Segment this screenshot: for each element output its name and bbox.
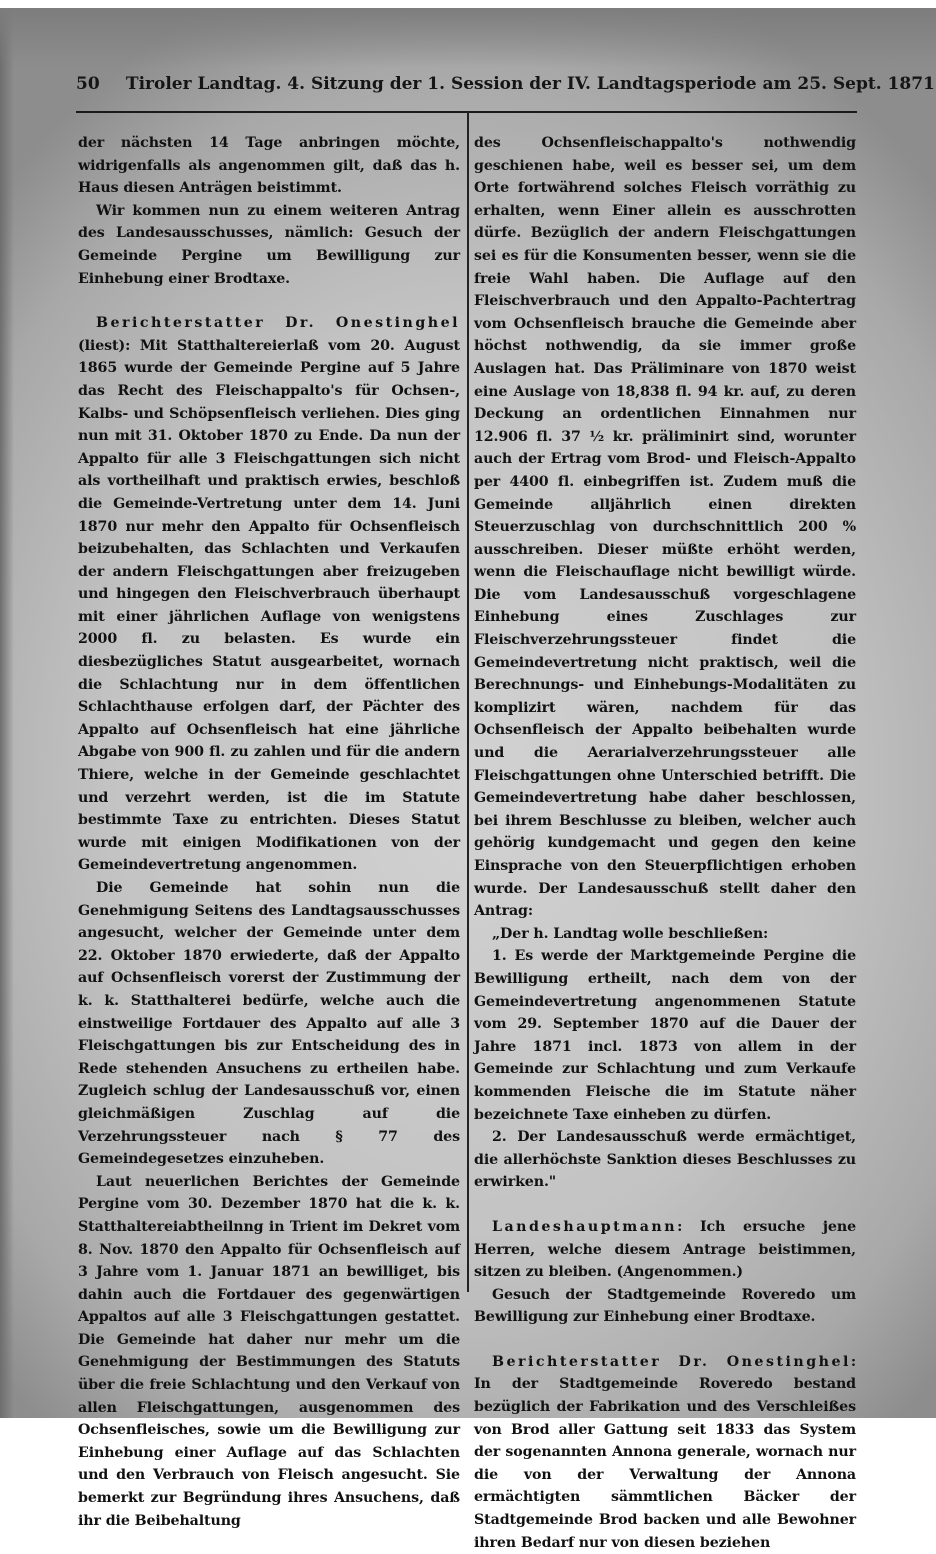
running-title: Tiroler Landtag. 4. Sitzung der 1. Sessi… xyxy=(126,74,936,94)
left-column: der nächsten 14 Tage anbringen möchte, w… xyxy=(78,132,460,1418)
column-divider xyxy=(467,112,469,1292)
speaker-name: Berichterstatter Dr. Onestinghel xyxy=(492,1354,851,1370)
resolution-intro: „Der h. Landtag wolle beschließen: xyxy=(474,923,856,946)
speaker-name: Landeshauptmann xyxy=(492,1219,677,1235)
paragraph: Berichterstatter Dr. Onestinghel (liest)… xyxy=(78,312,460,877)
paragraph: Landeshauptmann: Ich ersuche jene Herren… xyxy=(474,1216,856,1284)
resolution-item-1: 1. Es werde der Marktgemeinde Pergine di… xyxy=(474,945,856,1126)
page-number: 50 xyxy=(76,74,120,94)
resolution-item-2: 2. Der Landesausschuß werde ermächtiget,… xyxy=(474,1126,856,1194)
paragraph: Laut neuerlichen Berichtes der Gemeinde … xyxy=(78,1171,460,1418)
paragraph: Berichterstatter Dr. Onestinghel: In der… xyxy=(474,1351,856,1418)
paragraph: des Ochsenfleischappalto's nothwendig ge… xyxy=(474,132,856,923)
paragraph-text: (liest): Mit Statthaltereierlaß vom 20. … xyxy=(78,338,460,874)
running-header: 50 Tiroler Landtag. 4. Sitzung der 1. Se… xyxy=(76,74,856,94)
paragraph: der nächsten 14 Tage anbringen möchte, w… xyxy=(78,132,460,200)
scanned-page: 50 Tiroler Landtag. 4. Sitzung der 1. Se… xyxy=(0,8,936,1418)
paragraph: Die Gemeinde hat sohin nun die Genehmigu… xyxy=(78,877,460,1171)
speaker-name: Berichterstatter Dr. Onestinghel xyxy=(96,315,460,331)
agenda-item: Gesuch der Stadtgemeinde Roveredo um Bew… xyxy=(474,1284,856,1329)
right-column: des Ochsenfleischappalto's nothwendig ge… xyxy=(474,132,856,1418)
paragraph: Wir kommen nun zu einem weiteren Antrag … xyxy=(78,200,460,290)
